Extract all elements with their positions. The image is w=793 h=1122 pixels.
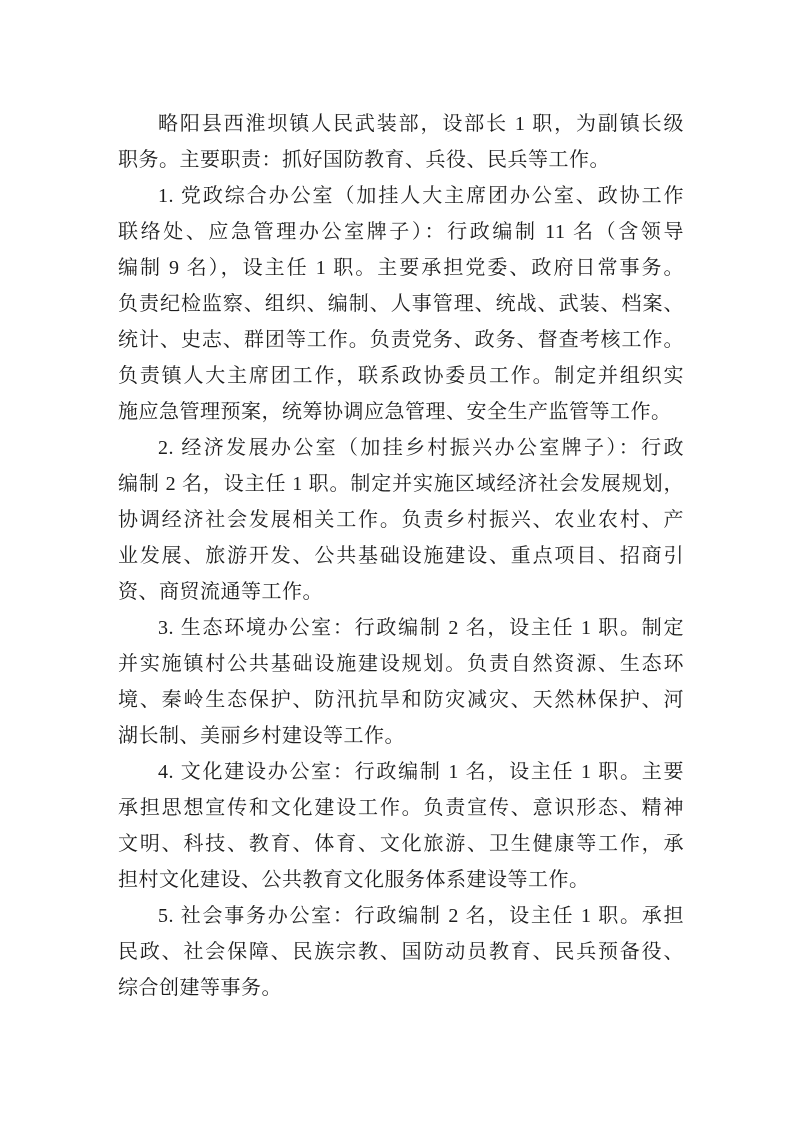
text-line: 职务。主要职责：抓好国防教育、兵役、民兵等工作。 bbox=[118, 142, 684, 178]
paragraph-office-2-economic-development: 2. 经济发展办公室（加挂乡村振兴办公室牌子）：行政 编制 2 名，设主任 1 … bbox=[118, 430, 684, 610]
text-line: 文明、科技、教育、体育、文化旅游、卫生健康等工作，承 bbox=[118, 826, 684, 862]
text-line: 3. 生态环境办公室：行政编制 2 名，设主任 1 职。制定 bbox=[118, 610, 684, 646]
document-body: 略阳县西淮坝镇人民武装部，设部长 1 职，为副镇长级 职务。主要职责：抓好国防教… bbox=[118, 106, 684, 1006]
text-line: 统计、史志、群团等工作。负责党务、政务、督查考核工作。 bbox=[118, 322, 684, 358]
text-line: 1. 党政综合办公室（加挂人大主席团办公室、政协工作 bbox=[118, 178, 684, 214]
text-line: 编制 9 名），设主任 1 职。主要承担党委、政府日常事务。 bbox=[118, 250, 684, 286]
text-line: 2. 经济发展办公室（加挂乡村振兴办公室牌子）：行政 bbox=[118, 430, 684, 466]
text-line: 综合创建等事务。 bbox=[118, 970, 684, 1006]
paragraph-office-1-party-government: 1. 党政综合办公室（加挂人大主席团办公室、政协工作 联络处、应急管理办公室牌子… bbox=[118, 178, 684, 430]
text-line: 并实施镇村公共基础设施建设规划。负责自然资源、生态环 bbox=[118, 646, 684, 682]
text-line: 协调经济社会发展相关工作。负责乡村振兴、农业农村、产 bbox=[118, 502, 684, 538]
paragraph-intro-militia: 略阳县西淮坝镇人民武装部，设部长 1 职，为副镇长级 职务。主要职责：抓好国防教… bbox=[118, 106, 684, 178]
text-line: 略阳县西淮坝镇人民武装部，设部长 1 职，为副镇长级 bbox=[118, 106, 684, 142]
text-line: 联络处、应急管理办公室牌子）：行政编制 11 名（含领导 bbox=[118, 214, 684, 250]
text-line: 业发展、旅游开发、公共基础设施建设、重点项目、招商引 bbox=[118, 538, 684, 574]
text-line: 负责纪检监察、组织、编制、人事管理、统战、武装、档案、 bbox=[118, 286, 684, 322]
text-line: 编制 2 名，设主任 1 职。制定并实施区域经济社会发展规划， bbox=[118, 466, 684, 502]
paragraph-office-3-ecological-environment: 3. 生态环境办公室：行政编制 2 名，设主任 1 职。制定 并实施镇村公共基础… bbox=[118, 610, 684, 754]
text-line: 4. 文化建设办公室：行政编制 1 名，设主任 1 职。主要 bbox=[118, 754, 684, 790]
text-line: 湖长制、美丽乡村建设等工作。 bbox=[118, 718, 684, 754]
text-line: 承担思想宣传和文化建设工作。负责宣传、意识形态、精神 bbox=[118, 790, 684, 826]
text-line: 5. 社会事务办公室：行政编制 2 名，设主任 1 职。承担 bbox=[118, 898, 684, 934]
text-line: 负责镇人大主席团工作，联系政协委员工作。制定并组织实 bbox=[118, 358, 684, 394]
text-line: 境、秦岭生态保护、防汛抗旱和防灾减灾、天然林保护、河 bbox=[118, 682, 684, 718]
text-line: 资、商贸流通等工作。 bbox=[118, 574, 684, 610]
text-line: 施应急管理预案，统筹协调应急管理、安全生产监管等工作。 bbox=[118, 394, 684, 430]
text-line: 担村文化建设、公共教育文化服务体系建设等工作。 bbox=[118, 862, 684, 898]
paragraph-office-4-cultural-construction: 4. 文化建设办公室：行政编制 1 名，设主任 1 职。主要 承担思想宣传和文化… bbox=[118, 754, 684, 898]
document-page: 略阳县西淮坝镇人民武装部，设部长 1 职，为副镇长级 职务。主要职责：抓好国防教… bbox=[0, 0, 793, 1122]
paragraph-office-5-social-affairs: 5. 社会事务办公室：行政编制 2 名，设主任 1 职。承担 民政、社会保障、民… bbox=[118, 898, 684, 1006]
text-line: 民政、社会保障、民族宗教、国防动员教育、民兵预备役、 bbox=[118, 934, 684, 970]
